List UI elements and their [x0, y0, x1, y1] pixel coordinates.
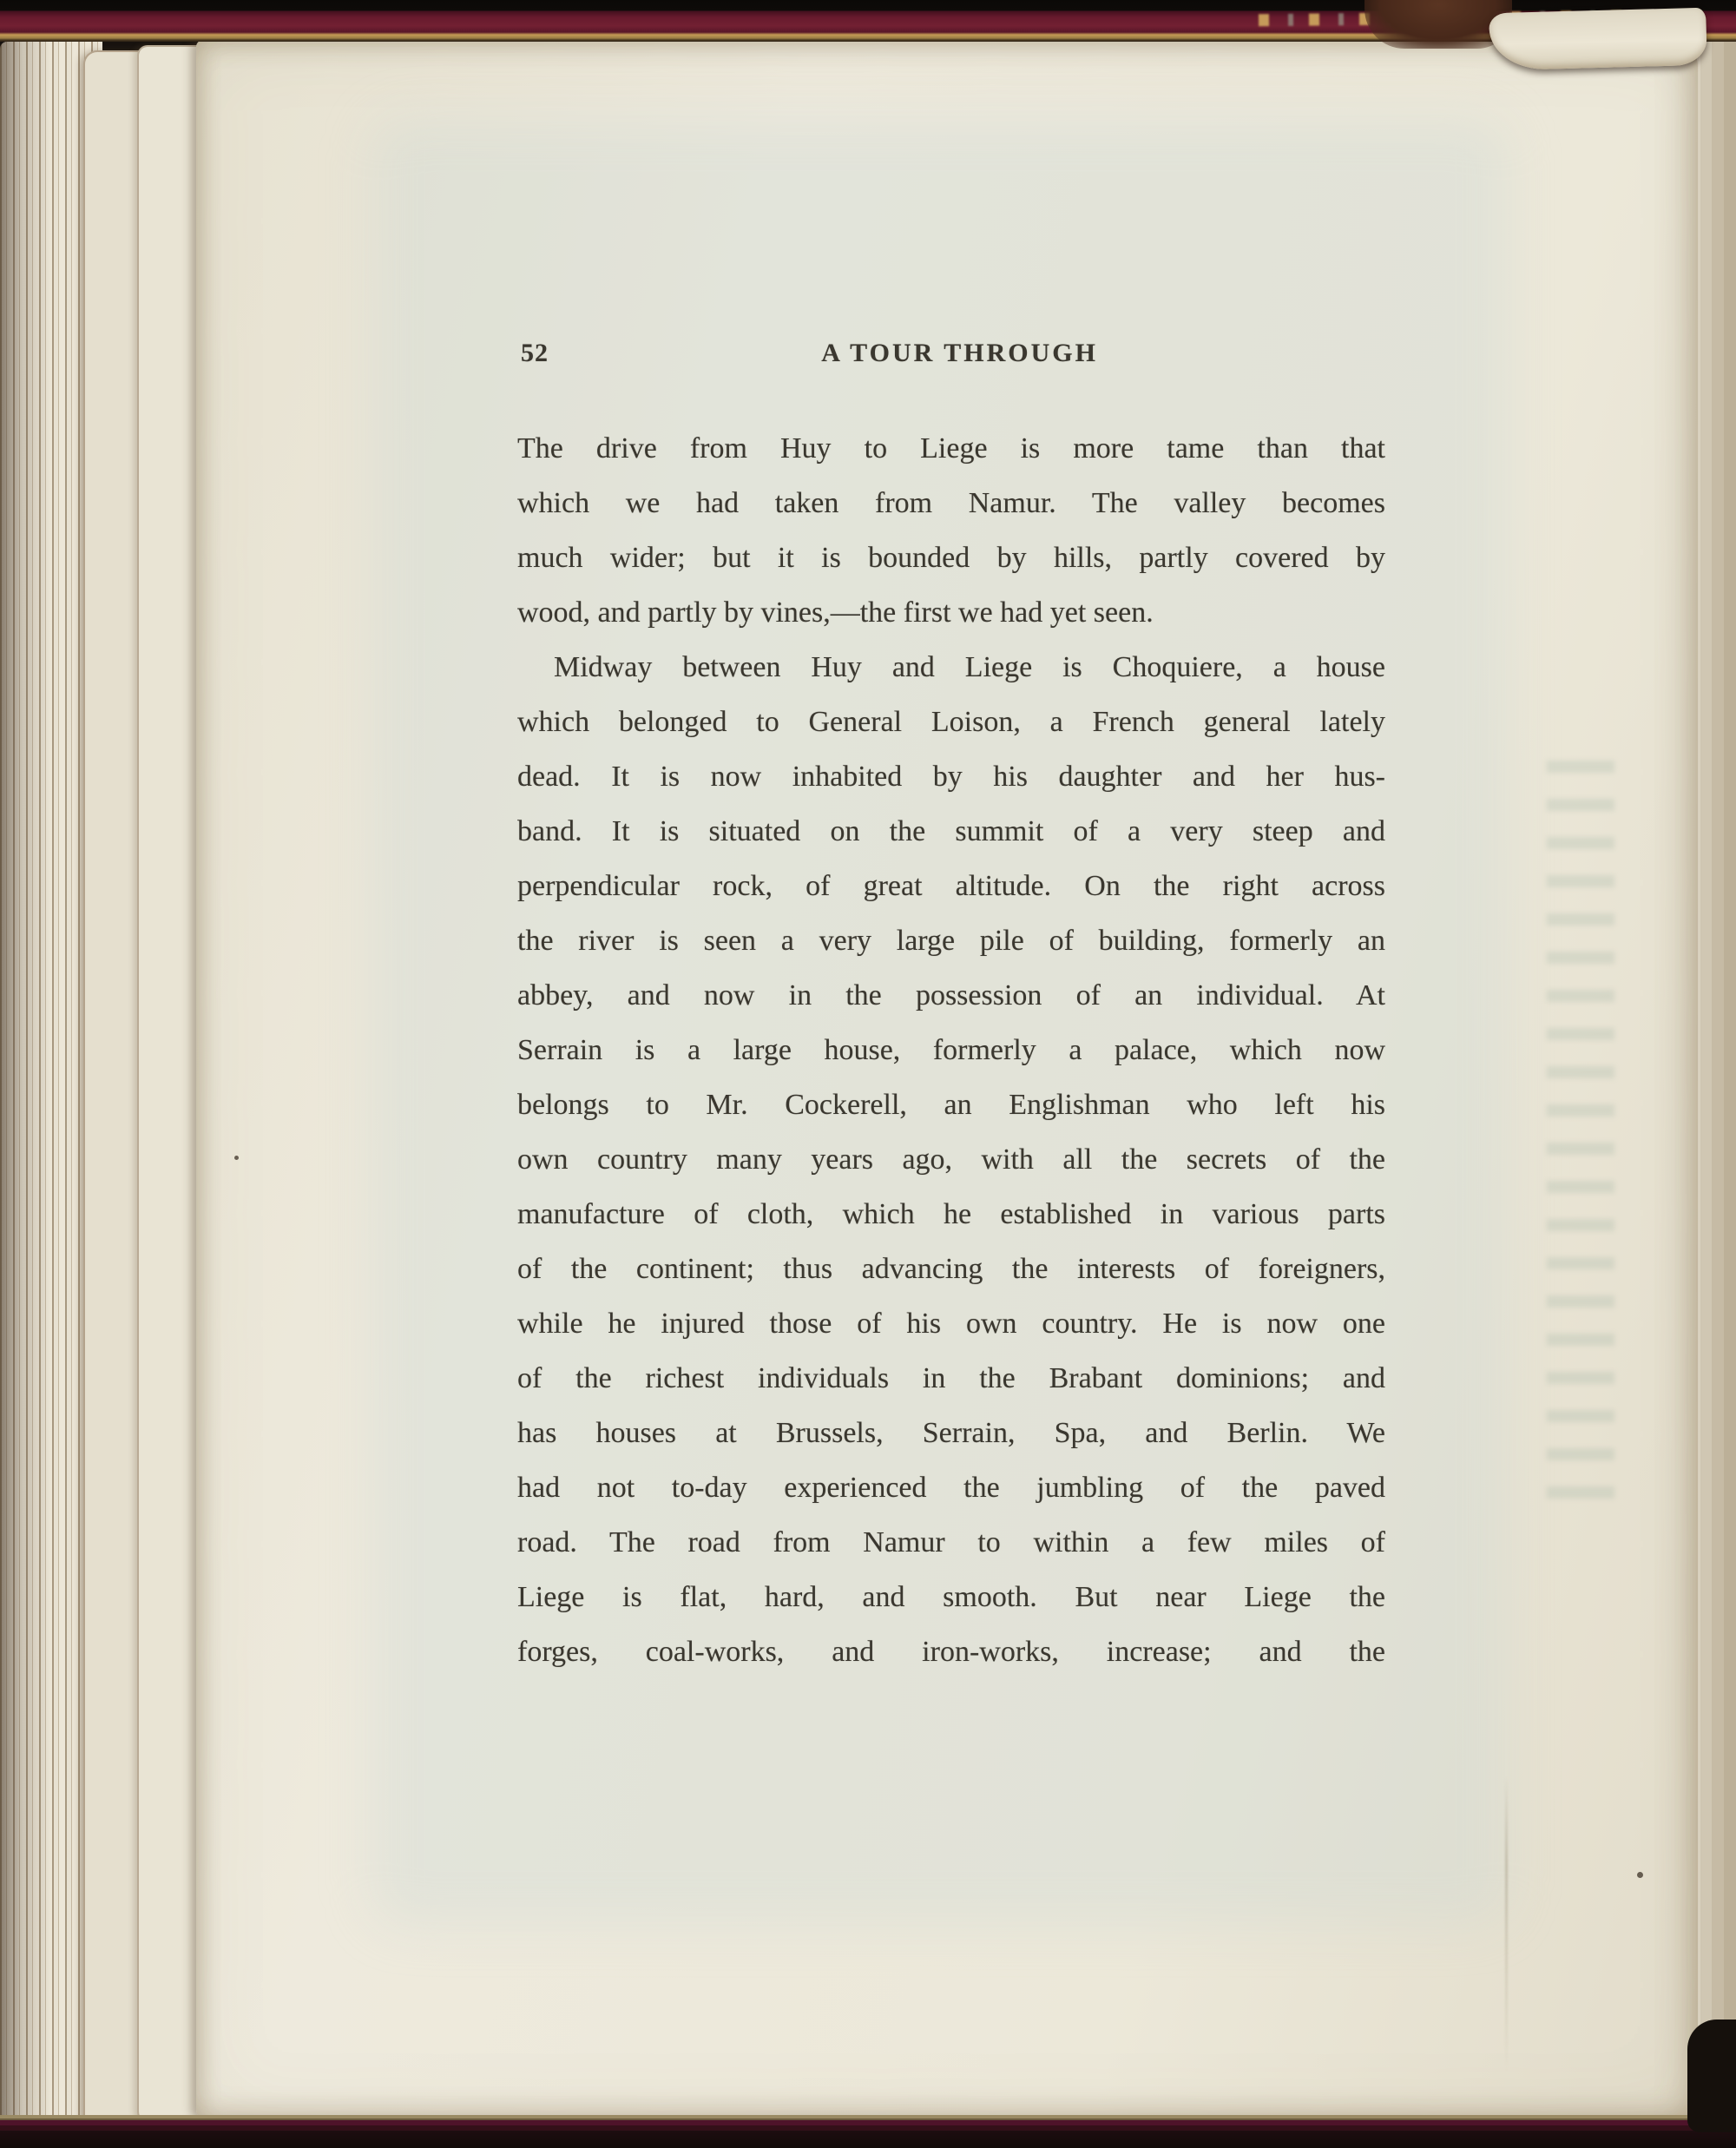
text-line: forges, coal-works, and iron-works, incr… [517, 1627, 1385, 1682]
text-line: while he injured those of his own countr… [517, 1299, 1385, 1354]
paragraph: The drive from Huy to Liege is more tame… [517, 424, 1385, 642]
cover-corner-bottom-right [1687, 2020, 1736, 2132]
text-line: Midway between Huy and Liege is Choquier… [517, 642, 1385, 697]
page-sheet: 52 A TOUR THROUGH The drive from Huy to … [196, 40, 1698, 2120]
text-line: abbey, and now in the possession of an i… [517, 971, 1385, 1025]
paragraph: Midway between Huy and Liege is Choquier… [517, 642, 1385, 1682]
cover-edge-bottom [0, 2115, 1736, 2148]
page-number: 52 [521, 339, 549, 368]
body-text: The drive from Huy to Liege is more tame… [517, 424, 1385, 1682]
text-line: own country many years ago, with all the… [517, 1135, 1385, 1189]
text-line: manufacture of cloth, which he establish… [517, 1189, 1385, 1244]
text-line: band. It is situated on the summit of a … [517, 807, 1385, 861]
text-line: perpendicular rock, of great altitude. O… [517, 861, 1385, 916]
ghost-text-showthrough [1547, 761, 1614, 1499]
text-line: belongs to Mr. Cockerell, an Englishman … [517, 1080, 1385, 1135]
book-page-photo: 52 A TOUR THROUGH The drive from Huy to … [0, 0, 1736, 2148]
text-line: which we had taken from Namur. The valle… [517, 478, 1385, 533]
text-line: which belonged to General Loison, a Fren… [517, 697, 1385, 752]
text-line: of the richest individuals in the Braban… [517, 1354, 1385, 1408]
page-curl-top-right [1489, 8, 1707, 71]
text-line: wood, and partly by vines,—the first we … [517, 588, 1385, 642]
text-line: of the continent; thus advancing the int… [517, 1244, 1385, 1299]
running-title: A TOUR THROUGH [821, 339, 1098, 368]
text-line: The drive from Huy to Liege is more tame… [517, 424, 1385, 478]
text-line: much wider; but it is bounded by hills, … [517, 533, 1385, 588]
text-line: dead. It is now inhabited by his daughte… [517, 752, 1385, 807]
page-header: 52 A TOUR THROUGH [517, 339, 1385, 377]
text-line: the river is seen a very large pile of b… [517, 916, 1385, 971]
text-line: had not to-day experienced the jumbling … [517, 1463, 1385, 1518]
text-line: road. The road from Namur to within a fe… [517, 1518, 1385, 1572]
printed-content: 52 A TOUR THROUGH The drive from Huy to … [517, 339, 1385, 1682]
text-line: has houses at Brussels, Serrain, Spa, an… [517, 1408, 1385, 1463]
text-line: Serrain is a large house, formerly a pal… [517, 1025, 1385, 1080]
page-crease [1505, 1776, 1508, 2072]
paper-speck [1637, 1872, 1643, 1878]
text-line: Liege is flat, hard, and smooth. But nea… [517, 1572, 1385, 1627]
paper-speck [234, 1156, 239, 1160]
